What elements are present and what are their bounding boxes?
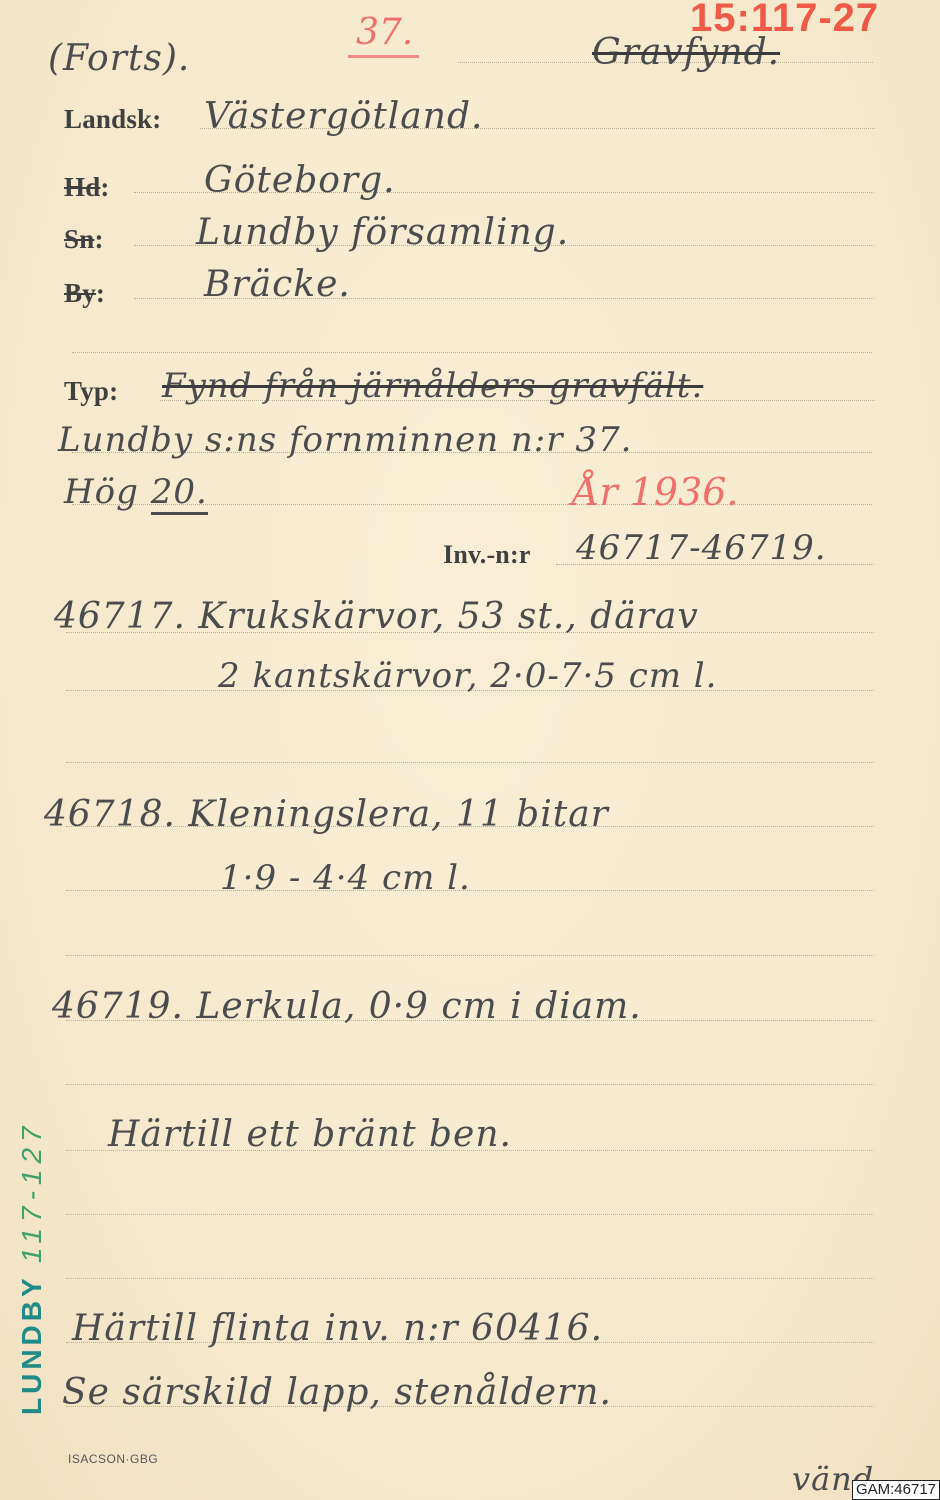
harad-label-colon: : (100, 172, 109, 202)
dotted-line (66, 955, 874, 956)
entry-description: Kleningslera, 11 bitar (188, 794, 608, 835)
dotted-line (66, 1278, 874, 1279)
note-flint-line-2: Se särskild lapp, stenåldern. (62, 1372, 612, 1413)
entry-number: 46718. (44, 794, 176, 835)
struck-heading: Gravfynd. (592, 32, 780, 73)
entry-46717-line-2: 2 kantskärvor, 2·0-7·5 cm l. (218, 656, 717, 696)
inventory-label: Inv.-n:r (443, 540, 531, 570)
entry-46718-line-2: 1·9 - 4·4 cm l. (220, 858, 471, 898)
mound-prefix: Hög (64, 472, 139, 512)
mound-number: 20. (151, 472, 208, 515)
landskap-label: Landsk: (64, 104, 161, 135)
entry-number: 46717. (54, 596, 186, 637)
entry-46717-line-1: 46717. Krukskärvor, 53 st., därav (54, 596, 699, 637)
side-stamp-place: LUNDBY (16, 1275, 47, 1415)
year-note: År 1936. (572, 470, 738, 514)
typ-label: Typ: (64, 376, 118, 407)
image-id-tag: GAM:46717 (852, 1480, 940, 1500)
landskap-value: Västergötland. (204, 96, 483, 137)
entry-description: Krukskärvor, 53 st., därav (198, 596, 698, 637)
by-value: Bräcke. (204, 264, 351, 305)
harad-label: Hd: (64, 172, 110, 203)
typ-line-3: Hög 20. (64, 472, 208, 512)
note-burnt-bone: Härtill ett bränt ben. (108, 1114, 512, 1155)
socken-label: Sn: (64, 224, 104, 255)
typ-line-2: Lundby s:ns fornminnen n:r 37. (58, 420, 632, 460)
printer-mark: ISACSON·GBG (68, 1452, 158, 1466)
continuation-note: (Forts). (48, 38, 190, 79)
harad-label-text: Hd (64, 172, 100, 202)
dotted-line (66, 1214, 874, 1215)
dotted-line (72, 352, 872, 353)
socken-label-text: Sn (64, 224, 94, 254)
by-label-colon: : (96, 278, 105, 308)
entry-description: Lerkula, 0·9 cm i diam. (196, 986, 641, 1027)
dotted-line (66, 1084, 874, 1085)
entry-46718-line-1: 46718. Kleningslera, 11 bitar (44, 794, 609, 835)
catalog-card: 15:117-27 37. (Forts). Gravfynd. Landsk:… (0, 0, 940, 1500)
side-stamp-range: 117-127 (16, 1120, 47, 1263)
harad-value: Göteborg. (204, 160, 396, 201)
entry-number: 46719. (52, 986, 184, 1027)
entry-46719-line-1: 46719. Lerkula, 0·9 cm i diam. (52, 986, 642, 1027)
note-flint-line-1: Härtill flinta inv. n:r 60416. (72, 1308, 603, 1349)
socken-label-colon: : (94, 224, 103, 254)
socken-value: Lundby församling. (196, 212, 569, 253)
card-number: 37. (348, 12, 419, 58)
by-label: By: (64, 278, 105, 309)
dotted-line (66, 762, 874, 763)
by-label-text: By (64, 278, 96, 308)
side-stamp: LUNDBY 117-127 (16, 1120, 48, 1415)
inventory-value: 46717-46719. (576, 528, 827, 568)
typ-struck-value: Fynd från järnålders gravfält. (162, 366, 703, 406)
